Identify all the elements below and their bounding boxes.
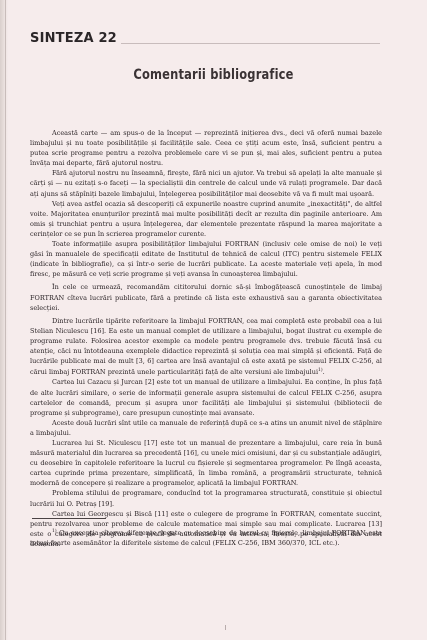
page-mark [225,625,226,630]
footnote: 1) Cu excepția cîtorva diferențe, legate… [30,527,382,548]
paragraph: Problema stilului de programare, conducî… [30,488,382,508]
paragraph: Aceste două lucrări sînt utile ca manual… [30,418,382,438]
section-title: Comentarii bibliografice [38,67,388,83]
footnote-divider [32,518,106,519]
paragraph: În cele ce urmează, recomandăm cititorul… [30,282,382,312]
paragraph: Toate informațiile asupra posibilitățilo… [30,239,382,279]
paragraph: Veți avea astfel ocazia să descoperiți c… [30,199,382,239]
paragraph-text: Dintre lucrările tipărite referitoare la… [30,317,382,377]
header-rule [121,43,380,44]
footnote-reference[interactable]: 1) [318,368,323,373]
body-text: Această carte — am spus-o de la început … [30,128,382,549]
book-page: SINTEZA 22 Comentarii bibliografice Acea… [0,0,427,640]
chapter-label: SINTEZA 22 [30,32,117,46]
paragraph: Cartea lui Cazacu și Jurcan [2] este tot… [30,377,382,417]
paragraph: Lucrarea lui St. Niculescu [17] este tot… [30,438,382,488]
page-binding-edge [5,0,6,640]
footnote-text: Cu excepția cîtorva diferențe, legate cu… [30,529,382,547]
paragraph: Această carte — am spus-o de la început … [30,128,382,168]
paragraph: Fără ajutorul nostru nu înseamnă, fireșt… [30,168,382,198]
footnote-marker: 1) [52,529,57,534]
paragraph: Dintre lucrările tipărite referitoare la… [30,316,382,378]
page-binding-shadow [0,0,8,640]
running-header: SINTEZA 22 [30,30,380,46]
footnote-paragraph: 1) Cu excepția cîtorva diferențe, legate… [30,527,382,548]
